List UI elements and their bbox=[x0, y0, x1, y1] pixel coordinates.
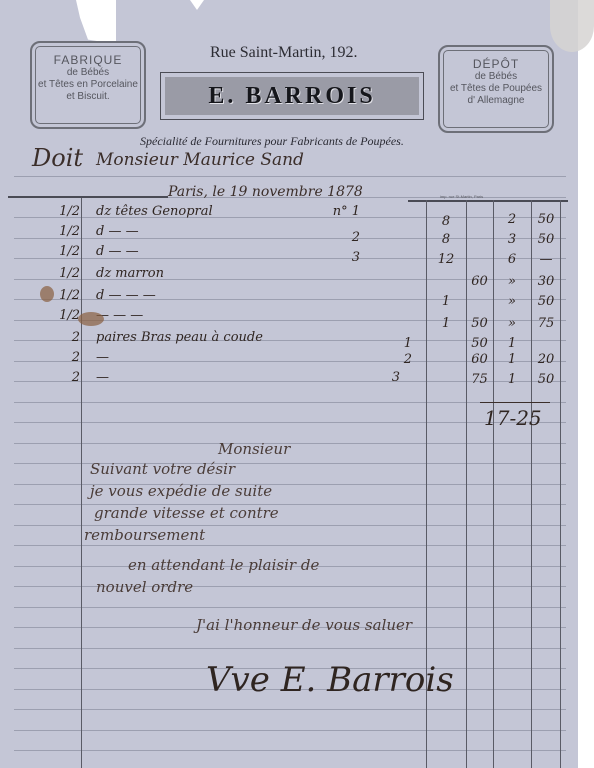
letter-salutation: Monsieur bbox=[218, 440, 290, 458]
invoice-total: 17-25 bbox=[484, 406, 542, 430]
margin-line bbox=[81, 198, 82, 768]
item-centimes: 50 bbox=[532, 212, 560, 227]
item-francs: 1 bbox=[495, 372, 529, 387]
item-centimes: 50 bbox=[532, 294, 560, 309]
item-number: 1 bbox=[382, 336, 412, 351]
letter-line: en attendant le plaisir de bbox=[128, 556, 319, 574]
item-number: 3 bbox=[330, 250, 360, 265]
item-francs: » bbox=[495, 294, 529, 309]
ruled-line bbox=[14, 545, 566, 546]
item-description: d — — bbox=[96, 244, 139, 259]
ink-stain bbox=[40, 286, 54, 302]
signature: Vve E. Barrois bbox=[206, 660, 454, 700]
ruled-line bbox=[14, 730, 566, 731]
company-address: Rue Saint-Martin, 192. bbox=[210, 44, 358, 62]
printer-imprint: imp. rue St-Martin, Paris bbox=[440, 194, 483, 199]
item-qty: 2 bbox=[52, 350, 80, 365]
item-qty: 1/2 bbox=[52, 308, 80, 323]
item-francs: 3 bbox=[495, 232, 529, 247]
company-name: E. BARROIS bbox=[208, 83, 375, 109]
letter-closing: J'ai l'honneur de vous saluer bbox=[196, 616, 412, 634]
item-qty: 1/2 bbox=[52, 288, 80, 303]
depot-cartouche: DÉPÔT de Bébés et Têtes de Poupées d' Al… bbox=[438, 45, 554, 133]
item-description: dz marron bbox=[96, 266, 164, 281]
letter-line: remboursement bbox=[84, 526, 205, 544]
item-qty: 1/2 bbox=[52, 244, 80, 259]
item-description: d — — — bbox=[96, 288, 156, 303]
fabrique-cartouche: FABRIQUE de Bébés et Têtes en Porcelaine… bbox=[30, 41, 146, 129]
item-qty: 2 bbox=[52, 330, 80, 345]
item-francs: 6 bbox=[495, 252, 529, 267]
item-francs: 1 bbox=[495, 336, 529, 351]
item-description: paires Bras peau à coude bbox=[96, 330, 263, 345]
fabrique-line: de Bébés bbox=[32, 67, 144, 79]
item-number: 3 bbox=[370, 370, 400, 385]
item-number: 2 bbox=[382, 352, 412, 367]
item-centimes: 20 bbox=[532, 352, 560, 367]
page-edge bbox=[578, 0, 594, 768]
item-col1: 8 bbox=[428, 232, 464, 247]
depot-line: et Têtes de Poupées bbox=[440, 83, 552, 95]
item-col2: 50 bbox=[466, 316, 493, 331]
item-centimes: 75 bbox=[532, 316, 560, 331]
item-col1: 1 bbox=[428, 316, 464, 331]
item-francs: 2 bbox=[495, 212, 529, 227]
item-col2: 60 bbox=[466, 352, 493, 367]
item-col2: 75 bbox=[466, 372, 493, 387]
item-number: 2 bbox=[330, 230, 360, 245]
item-francs: » bbox=[495, 316, 529, 331]
item-centimes: 50 bbox=[532, 372, 560, 387]
item-francs: » bbox=[495, 274, 529, 289]
item-col2: 60 bbox=[466, 274, 493, 289]
customer-name: Monsieur Maurice Sand bbox=[96, 150, 304, 170]
item-centimes: 50 bbox=[532, 232, 560, 247]
item-qty: 2 bbox=[52, 370, 80, 385]
invoice-date: Paris, le 19 novembre 1878 bbox=[168, 184, 363, 200]
ink-stain bbox=[78, 312, 104, 326]
item-description: dz têtes Genopral bbox=[96, 204, 213, 219]
letter-line: Suivant votre désir bbox=[90, 460, 235, 478]
item-col2: 50 bbox=[466, 336, 493, 351]
item-number: n° 1 bbox=[330, 204, 360, 219]
item-col1: 1 bbox=[428, 294, 464, 309]
letter-line: je vous expédie de suite bbox=[90, 482, 272, 500]
ruled-line bbox=[14, 750, 566, 751]
letter-line: grande vitesse et contre bbox=[94, 504, 279, 522]
item-centimes: 30 bbox=[532, 274, 560, 289]
total-rule bbox=[480, 402, 550, 403]
fabrique-title: FABRIQUE bbox=[32, 53, 144, 67]
fabrique-line: et Biscuit. bbox=[32, 91, 144, 103]
item-description: — bbox=[96, 370, 109, 385]
item-centimes: — bbox=[532, 252, 560, 267]
depot-line: de Bébés bbox=[440, 71, 552, 83]
item-description: — bbox=[96, 350, 109, 365]
specialty-line: Spécialité de Fournitures pour Fabricant… bbox=[140, 134, 404, 149]
column-line bbox=[493, 200, 494, 768]
item-col1: 12 bbox=[428, 252, 464, 267]
fabrique-line: et Têtes en Porcelaine bbox=[32, 79, 144, 91]
header-rule-right bbox=[408, 200, 568, 202]
item-qty: 1/2 bbox=[52, 204, 80, 219]
column-line bbox=[560, 200, 561, 768]
item-qty: 1/2 bbox=[52, 224, 80, 239]
depot-line: d' Allemagne bbox=[440, 95, 552, 107]
ruled-line bbox=[14, 607, 566, 608]
item-qty: 1/2 bbox=[52, 266, 80, 281]
header-rule-left bbox=[8, 196, 168, 198]
depot-title: DÉPÔT bbox=[440, 57, 552, 71]
doit-label: Doit bbox=[32, 144, 83, 172]
item-francs: 1 bbox=[495, 352, 529, 367]
ruled-line bbox=[14, 709, 566, 710]
item-col1: 8 bbox=[428, 214, 464, 229]
ruled-line bbox=[14, 176, 566, 177]
item-description: d — — bbox=[96, 224, 139, 239]
letter-line: nouvel ordre bbox=[96, 578, 193, 596]
ruled-line bbox=[14, 648, 566, 649]
company-name-banner: E. BARROIS bbox=[160, 72, 424, 120]
tape-stain bbox=[550, 0, 594, 52]
